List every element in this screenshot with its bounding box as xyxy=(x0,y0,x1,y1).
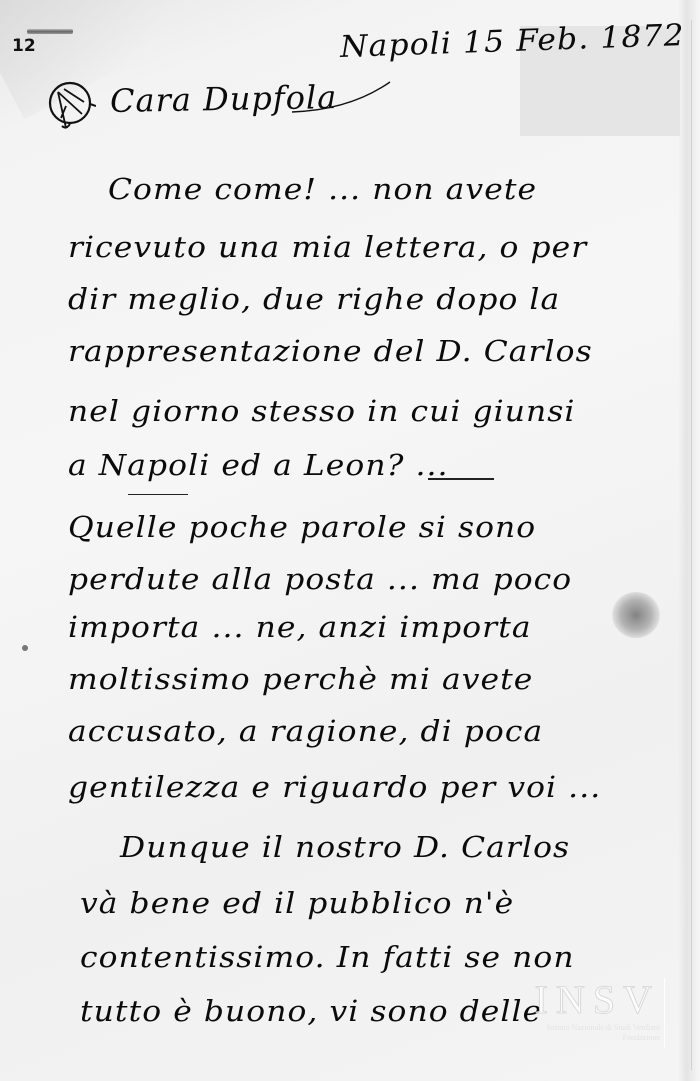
body-line: contentissimo. In fatti se non xyxy=(80,940,575,974)
page-edge xyxy=(691,20,692,1070)
watermark: INSV Istituto Nazionale di Studi Verdian… xyxy=(514,978,665,1048)
watermark-institution: Istituto Nazionale di Studi Verdiani xyxy=(514,1022,664,1033)
body-line: moltissimo perchè mi avete xyxy=(68,662,533,696)
watermark-foundation: Fondazione xyxy=(514,1033,664,1043)
body-line: tutto è buono, vi sono delle xyxy=(80,994,542,1028)
paper-speck xyxy=(22,645,28,651)
flourish-icon xyxy=(290,80,400,130)
letter-page: 12 Napoli 15 Feb. 1872 Cara Dupfola Come… xyxy=(0,0,700,1081)
body-line: accusato, a ragione, di poca xyxy=(68,714,543,748)
body-line: rappresentazione del D. Carlos xyxy=(68,334,593,368)
body-line: gentilezza e riguardo per voi ... xyxy=(68,770,601,804)
body-line: perdute alla posta ... ma poco xyxy=(68,562,572,596)
body-line: dir meglio, due righe dopo la xyxy=(68,282,560,316)
watermark-letters: INSV xyxy=(514,978,664,1022)
body-line: importa ... ne, anzi importa xyxy=(68,610,532,644)
section-rule xyxy=(128,494,188,495)
body-line: Dunque il nostro D. Carlos xyxy=(120,830,570,864)
body-line: và bene ed il pubblico n'è xyxy=(80,886,514,920)
body-line: Quelle poche parole si sono xyxy=(68,510,536,544)
underline xyxy=(428,478,494,480)
folio-number: 12 xyxy=(12,36,36,56)
body-line: ricevuto una mia lettera, o per xyxy=(68,230,587,264)
paper-edge-shadow xyxy=(678,0,700,1081)
body-line: nel giorno stesso in cui giunsi xyxy=(68,394,576,428)
pin-icon xyxy=(27,29,73,34)
body-line: a Napoli ed a Leon? ... xyxy=(68,448,449,482)
monogram-icon xyxy=(44,78,96,134)
ink-blot xyxy=(612,592,660,638)
body-line: Come come! ... non avete xyxy=(108,172,537,206)
